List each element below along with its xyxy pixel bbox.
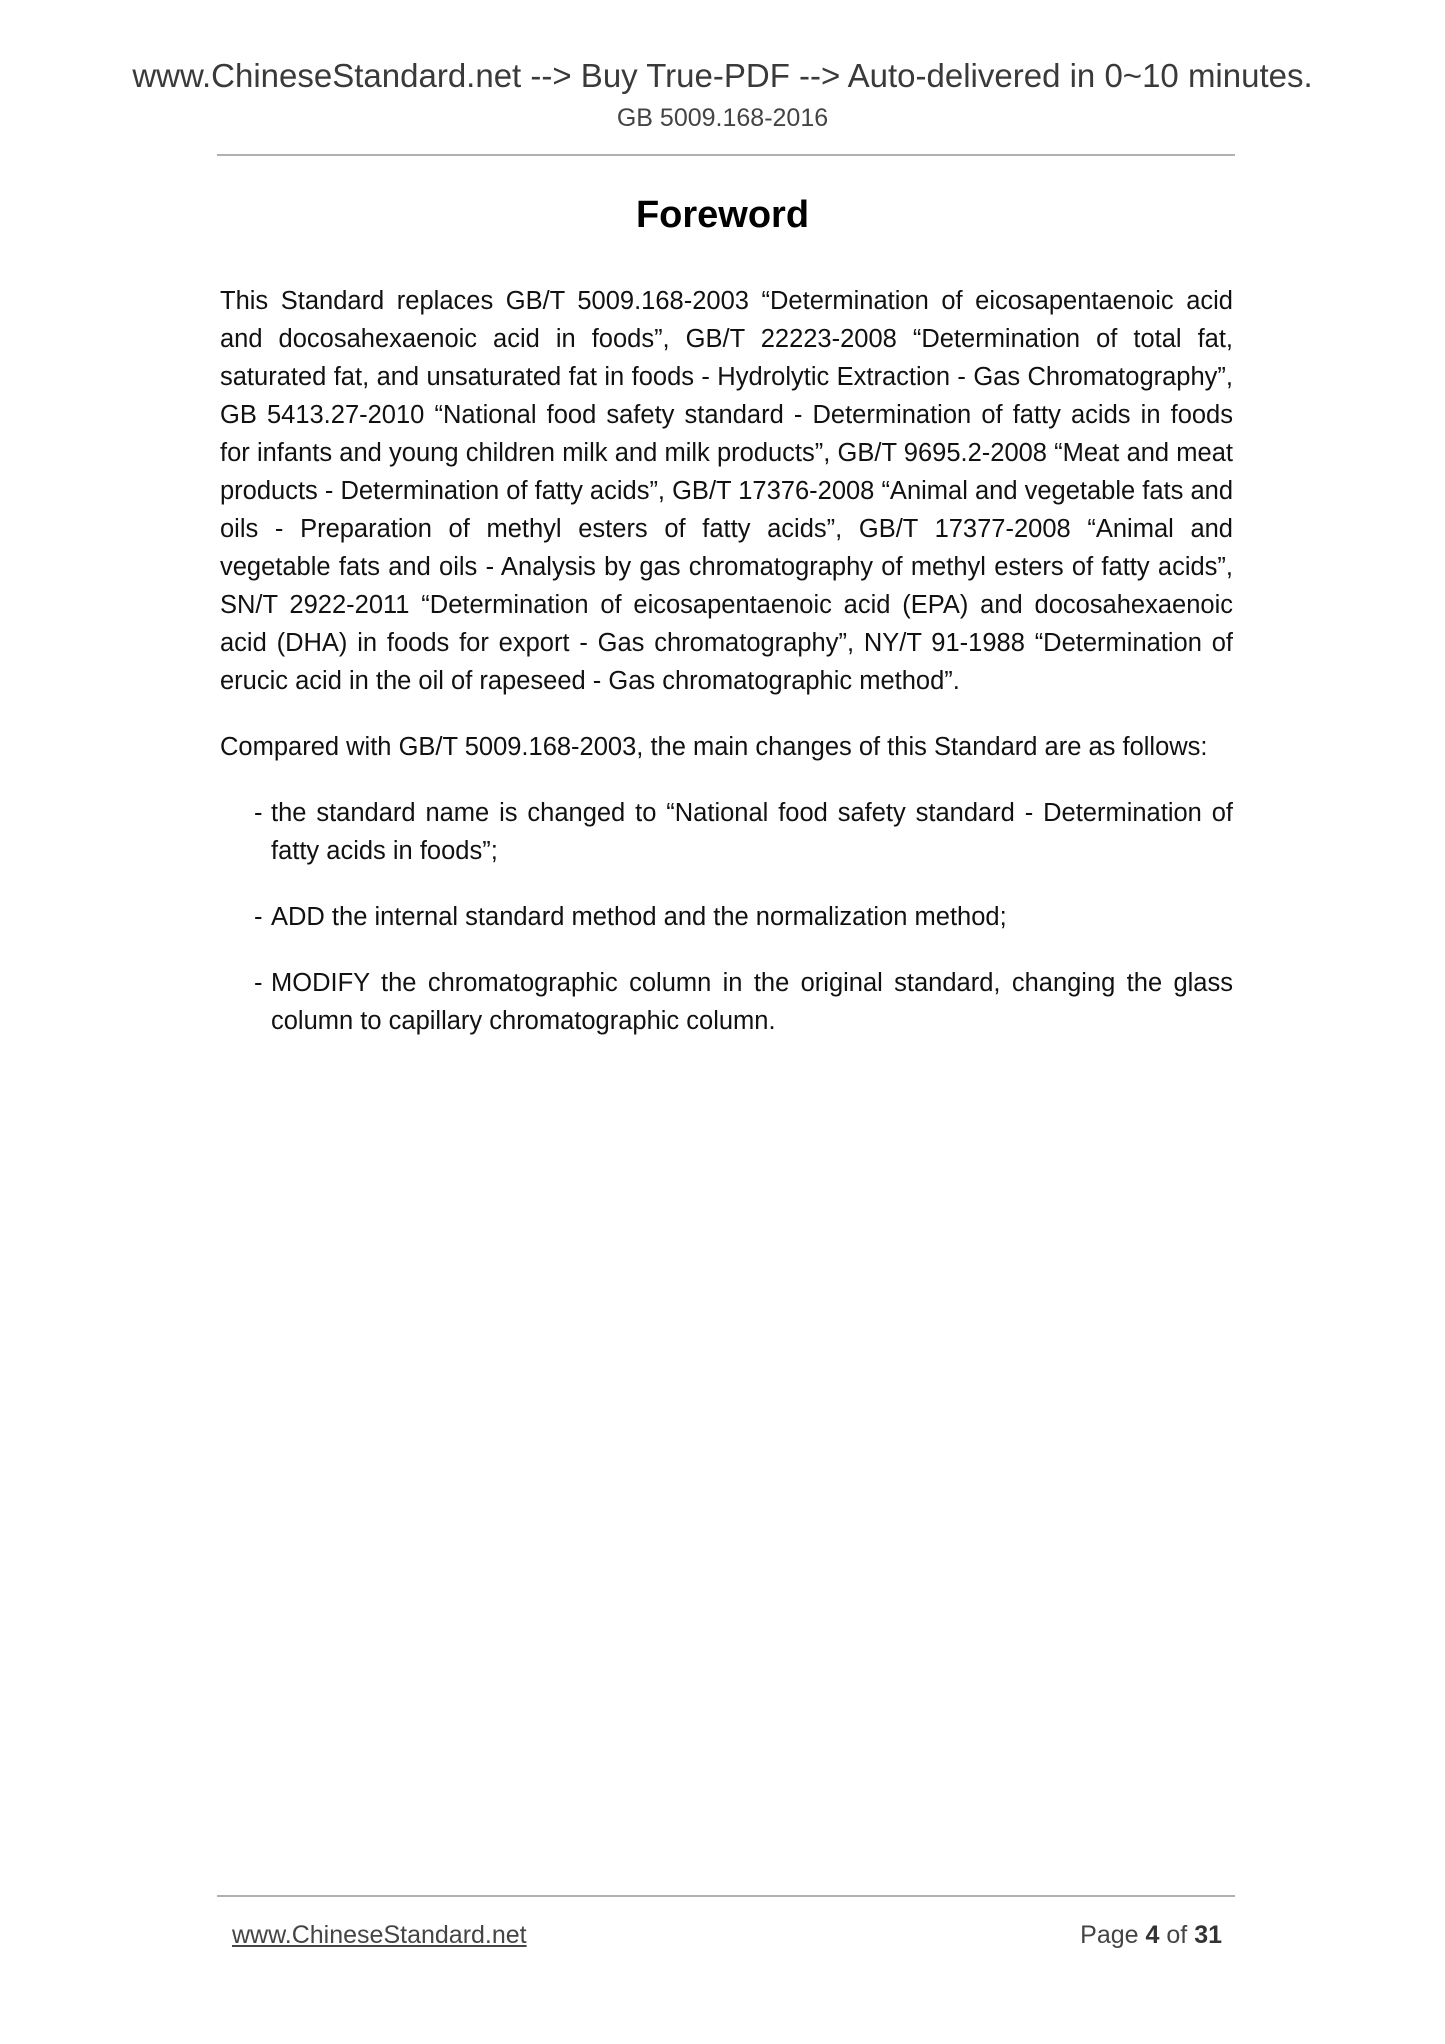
page-label: Page (1080, 1921, 1138, 1949)
website-link[interactable]: www.ChineseStandard.net (232, 1915, 527, 1955)
change-text: the standard name is changed to “Nationa… (271, 799, 1233, 865)
current-page: 4 (1146, 1921, 1160, 1949)
footer-divider (217, 1895, 1235, 1897)
document-code: GB 5009.168-2016 (0, 102, 1445, 134)
list-item: - the standard name is changed to “Natio… (220, 794, 1233, 870)
list-marker: - (254, 794, 263, 832)
page-title: Foreword (0, 192, 1445, 238)
change-text: ADD the internal standard method and the… (271, 903, 1007, 931)
change-text: MODIFY the chromatographic column in the… (271, 969, 1233, 1035)
page-indicator: Page 4 of 31 (1080, 1915, 1222, 1955)
list-marker: - (254, 964, 263, 1002)
changes-list: - the standard name is changed to “Natio… (220, 794, 1233, 1040)
foreword-body: This Standard replaces GB/T 5009.168-200… (220, 282, 1233, 1068)
page-footer: www.ChineseStandard.net Page 4 of 31 (232, 1915, 1222, 1955)
page-header: www.ChineseStandard.net --> Buy True-PDF… (0, 56, 1445, 134)
replacement-paragraph: This Standard replaces GB/T 5009.168-200… (220, 282, 1233, 700)
header-divider (217, 154, 1235, 156)
changes-intro: Compared with GB/T 5009.168-2003, the ma… (220, 728, 1233, 766)
total-pages: 31 (1194, 1921, 1222, 1949)
page-of-label: of (1166, 1921, 1187, 1949)
list-item: - MODIFY the chromatographic column in t… (220, 964, 1233, 1040)
list-marker: - (254, 898, 263, 936)
list-item: - ADD the internal standard method and t… (220, 898, 1233, 936)
promo-banner: www.ChineseStandard.net --> Buy True-PDF… (0, 56, 1445, 96)
